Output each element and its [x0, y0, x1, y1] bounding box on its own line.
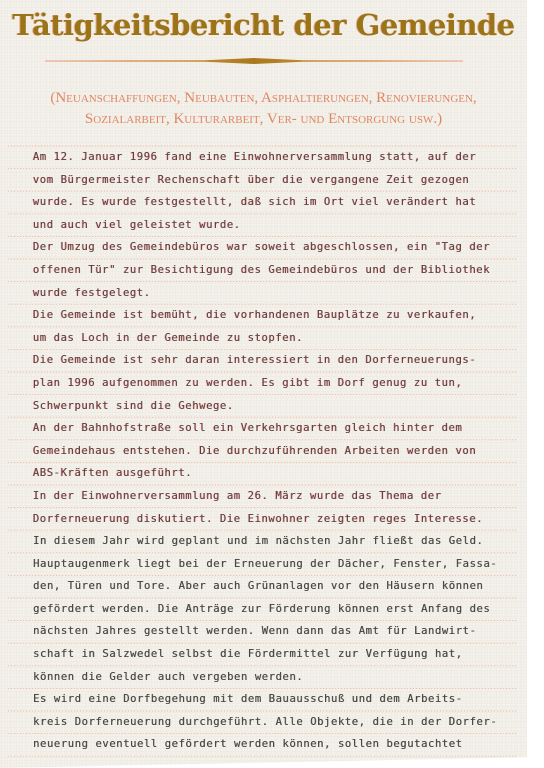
text-line: Es wird eine Dorfbegehung mit dem Bauaus…	[33, 688, 513, 711]
text-line: Gemeindehaus entstehen. Die durchzuführe…	[33, 440, 513, 463]
text-line: Schwerpunkt sind die Gehwege.	[33, 395, 513, 418]
text-line: Der Umzug des Gemeindebüros war soweit a…	[33, 236, 513, 259]
page-title: Tätigkeitsbericht der Gemeinde	[0, 8, 527, 42]
text-line: nächsten Jahres gestellt werden. Wenn da…	[33, 620, 513, 643]
text-line: vom Bürgermeister Rechenschaft über die …	[33, 169, 513, 192]
text-line: Die Gemeinde ist bemüht, die vorhandenen…	[33, 304, 513, 327]
text-line: und auch viel geleistet wurde.	[33, 214, 513, 237]
text-line: In der Einwohnerversammlung am 26. März …	[33, 485, 513, 508]
text-line: können die Gelder auch vergeben werden.	[33, 666, 513, 689]
text-line: ABS-Kräften ausgeführt.	[33, 462, 513, 485]
text-line: Dorferneuerung diskutiert. Die Einwohner…	[33, 508, 513, 531]
text-line: Die Gemeinde ist sehr daran interessiert…	[33, 349, 513, 372]
text-line: An der Bahnhofstraße soll ein Verkehrsga…	[33, 417, 513, 440]
text-line: offenen Tür" zur Besichtigung des Gemein…	[33, 259, 513, 282]
text-line: plan 1996 aufgenommen zu werden. Es gibt…	[33, 372, 513, 395]
text-line: wurde festgelegt.	[33, 282, 513, 305]
text-line: Hauptaugenmerk liegt bei der Erneuerung …	[33, 553, 513, 576]
text-line: schaft in Salzwedel selbst die Fördermit…	[33, 643, 513, 666]
ornamental-divider	[45, 58, 463, 64]
subtitle-line: (Neuanschaffungen, Neubauten, Asphaltier…	[0, 88, 527, 109]
text-line: neuerung eventuell gefördert werden könn…	[33, 733, 513, 756]
text-line: wurde. Es wurde festgestellt, daß sich i…	[33, 191, 513, 214]
text-line: um das Loch in der Gemeinde zu stopfen.	[33, 327, 513, 350]
text-line: In diesem Jahr wird geplant und im nächs…	[33, 530, 513, 553]
text-line: gefördert werden. Die Anträge zur Förder…	[33, 598, 513, 621]
subtitle: (Neuanschaffungen, Neubauten, Asphaltier…	[0, 88, 527, 130]
subtitle-line: Sozialarbeit, Kulturarbeit, Ver- und Ent…	[0, 109, 527, 130]
report-body: Am 12. Januar 1996 fand eine Einwohnerve…	[33, 146, 513, 756]
text-line: Am 12. Januar 1996 fand eine Einwohnerve…	[33, 146, 513, 169]
text-line: den, Türen und Tore. Aber auch Grünanlag…	[33, 575, 513, 598]
text-line: kreis Dorferneuerung durchgeführt. Alle …	[33, 711, 513, 734]
